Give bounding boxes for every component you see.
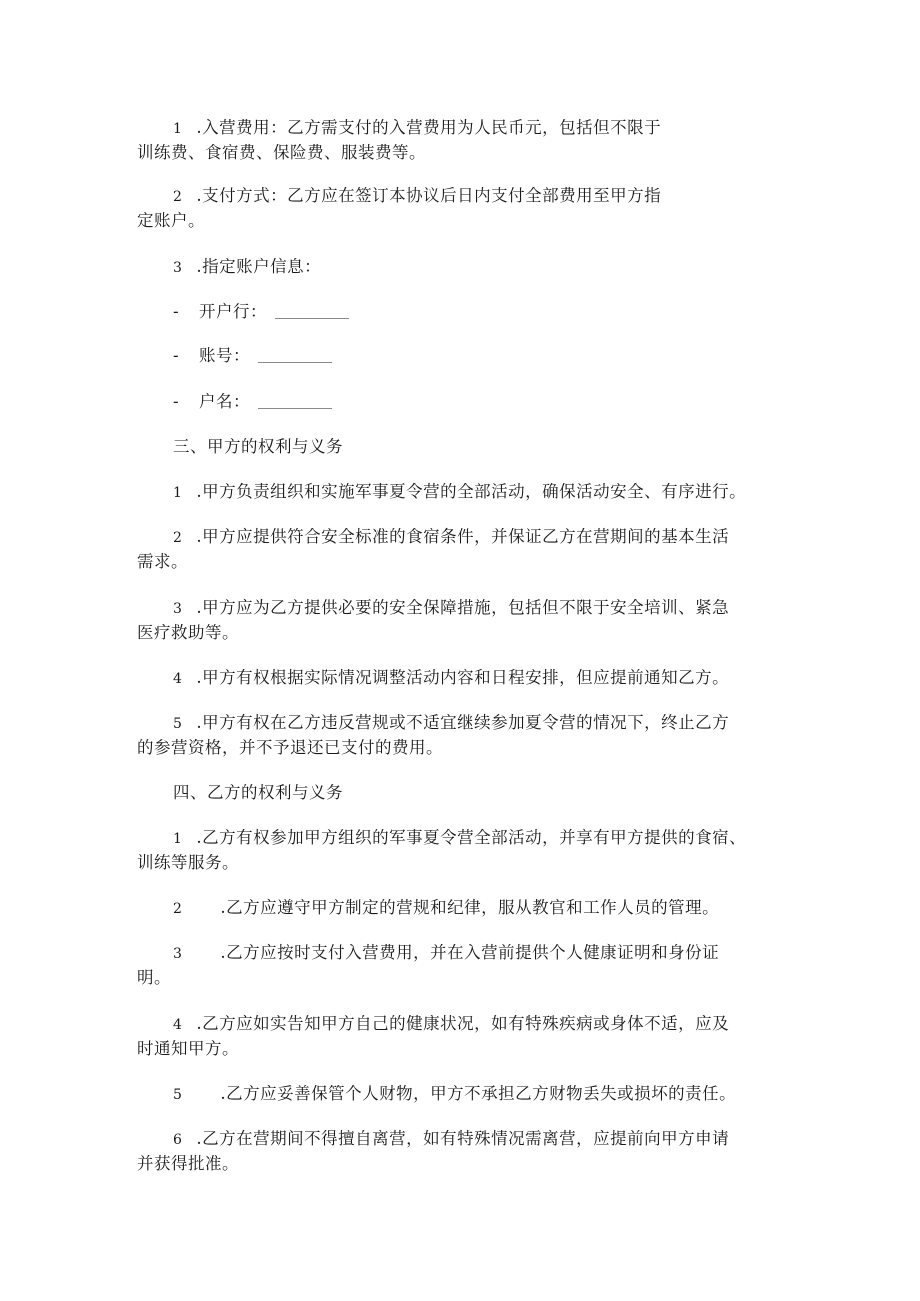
fee-clause-1: 1.入营费用：乙方需支付的入营费用为人民币元，包括但不限于 训练费、食宿费、保险… (137, 116, 787, 165)
field-label: 账号： (199, 346, 250, 365)
clause-text: 入营费用：乙方需支付的入营费用为人民币元，包括但不限于 (202, 118, 661, 137)
account-number-blank-field[interactable] (258, 346, 332, 363)
party-b-clause-2: 2.乙方应遵守甲方制定的营规和纪律，服从教官和工作人员的管理。 (137, 896, 787, 921)
account-field-bank: -开户行： (137, 300, 787, 324)
party-b-clause-3: 3.乙方应按时支付入营费用，并在入营前提供个人健康证明和身份证 明。 (137, 941, 787, 990)
account-field-number: -账号： (137, 344, 787, 368)
clause-number: 1 (173, 117, 182, 141)
clause-text: 指定账户信息： (202, 257, 321, 276)
party-a-clause-2: 2.甲方应提供符合安全标准的食宿条件，并保证乙方在营期间的基本生活 需求。 (137, 525, 787, 574)
account-field-name: -户名： (137, 390, 787, 414)
clause-text: 支付方式：乙方应在签订本协议后日内支付全部费用至甲方指 (202, 186, 661, 205)
party-b-clause-5: 5.乙方应妥善保管个人财物，甲方不承担乙方财物丢失或损坏的责任。 (137, 1082, 787, 1107)
fee-clause-2: 2.支付方式：乙方应在签订本协议后日内支付全部费用至甲方指 定账户。 (137, 184, 787, 233)
dash-marker: - (173, 344, 199, 368)
section-heading-party-a: 三、甲方的权利与义务 (137, 435, 787, 459)
dash-marker: - (173, 300, 199, 324)
account-name-blank-field[interactable] (258, 392, 332, 409)
clause-text-cont: 训练费、食宿费、保险费、服装费等。 (137, 141, 787, 165)
party-a-clause-5: 5.甲方有权在乙方违反营规或不适宜继续参加夏令营的情况下，终止乙方 的参营资格，… (137, 711, 787, 760)
document-page: 1.入营费用：乙方需支付的入营费用为人民币元，包括但不限于 训练费、食宿费、保险… (0, 0, 920, 1301)
field-label: 开户行： (199, 302, 267, 321)
party-b-clause-1: 1.乙方有权参加甲方组织的军事夏令营全部活动，并享有甲方提供的食宿、 训练等服务… (137, 826, 787, 875)
fee-clause-3: 3.指定账户信息： (137, 255, 787, 280)
field-label: 户名： (199, 392, 250, 411)
party-a-clause-3: 3.甲方应为乙方提供必要的安全保障措施，包括但不限于安全培训、紧急 医疗救助等。 (137, 596, 787, 645)
party-a-clause-1: 1.甲方负责组织和实施军事夏令营的全部活动，确保活动安全、有序进行。 (137, 480, 787, 505)
clause-number: 3 (173, 256, 182, 280)
clause-number: 2 (173, 185, 182, 209)
party-a-clause-4: 4.甲方有权根据实际情况调整活动内容和日程安排，但应提前通知乙方。 (137, 666, 787, 691)
dash-marker: - (173, 390, 199, 414)
party-b-clause-4: 4.乙方应如实告知甲方自己的健康状况，如有特殊疾病或身体不适，应及 时通知甲方。 (137, 1012, 787, 1061)
section-heading-party-b: 四、乙方的权利与义务 (137, 781, 787, 805)
party-b-clause-6: 6.乙方在营期间不得擅自离营，如有特殊情况需离营，应提前向甲方申请 并获得批准。 (137, 1127, 787, 1176)
clause-text-cont: 定账户。 (137, 209, 787, 233)
bank-blank-field[interactable] (275, 302, 349, 319)
